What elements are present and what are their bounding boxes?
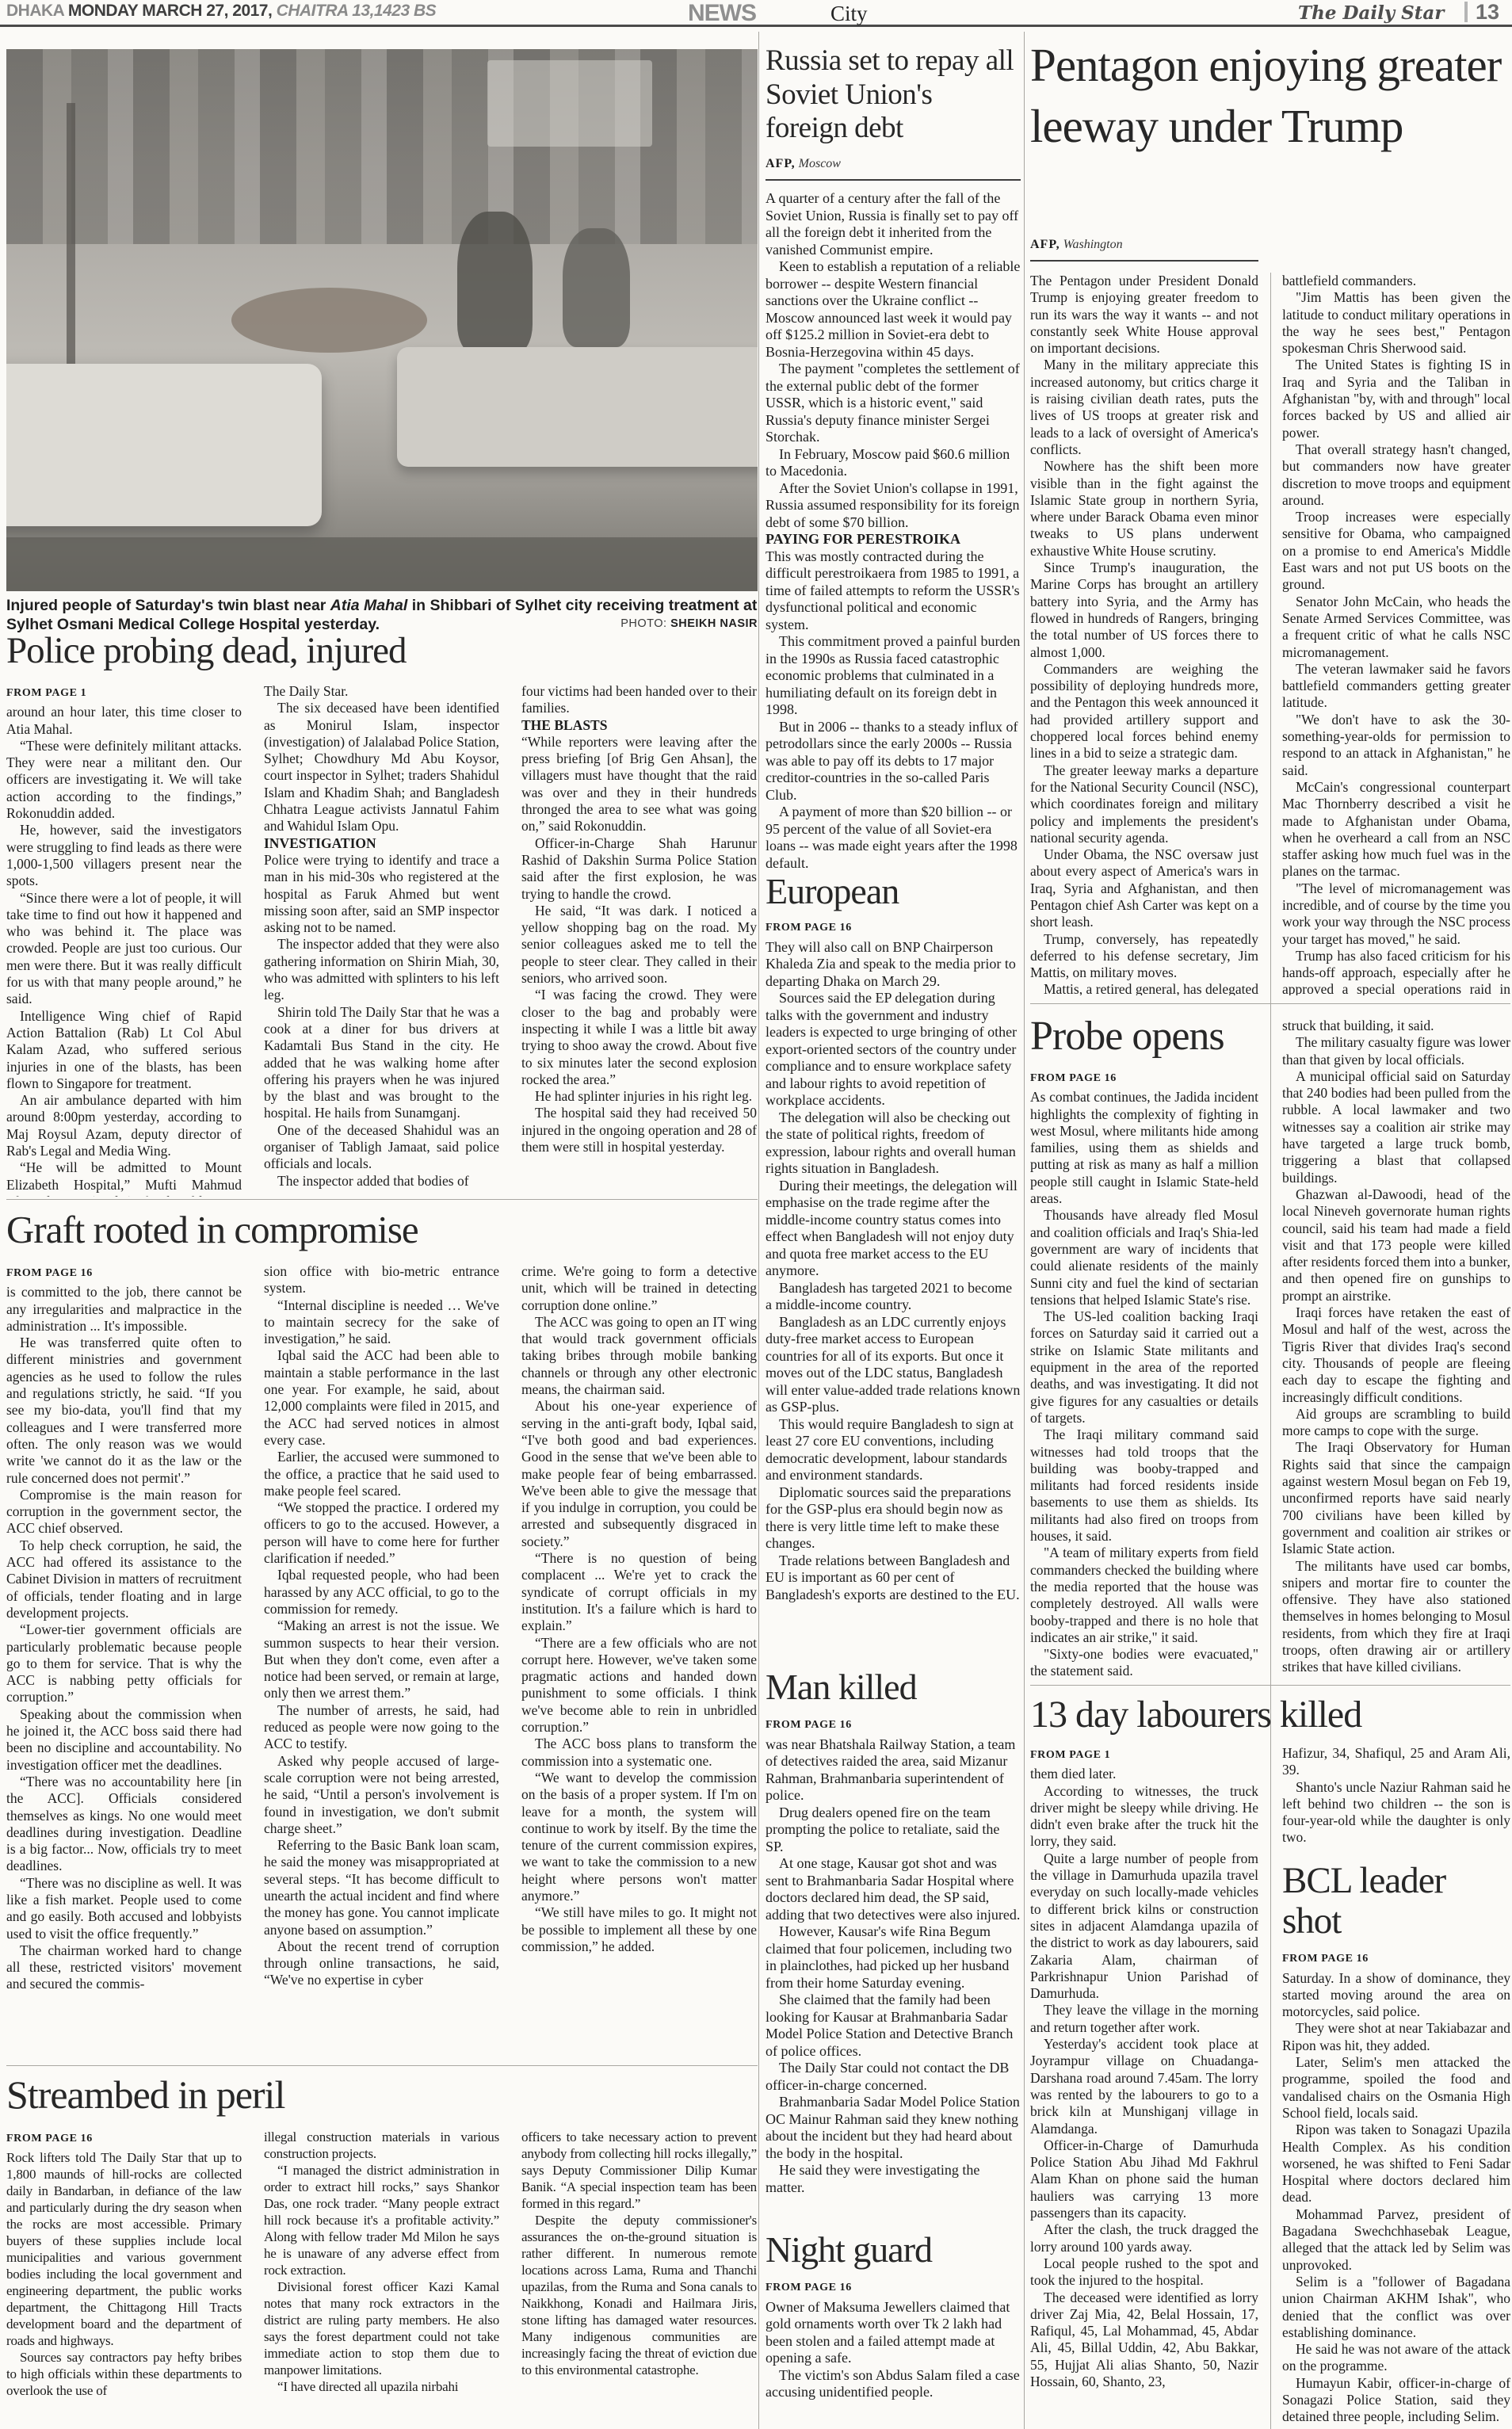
- pentagon-byline: AFP, Washington: [1030, 238, 1123, 252]
- graft-body: FROM PAGE 16is committed to the job, the…: [6, 1263, 758, 2056]
- photo-patient-shape: [231, 288, 426, 353]
- middle-column: Russia set to repay all Soviet Union's f…: [766, 0, 1021, 2429]
- streambed-col-1: FROM PAGE 16Rock lifters told The Daily …: [6, 2129, 242, 2429]
- photo-window-shape: [487, 60, 653, 147]
- probe-col-1: FROM PAGE 16As combat continues, the Jad…: [1030, 1068, 1258, 1679]
- edition-calendar: CHAITRA 13,1423 BS: [277, 2, 436, 20]
- caption-place-italic: Atia Mahal: [330, 597, 408, 614]
- russia-body: A quarter of a century after the fall of…: [766, 190, 1021, 870]
- pentagon-col-1: The Pentagon under President Donald Trum…: [1030, 273, 1258, 995]
- headline-pentagon: Pentagon enjoying greater leeway under T…: [1030, 35, 1510, 156]
- edition-city: DHAKA: [6, 2, 64, 20]
- photo-floor-shape: [6, 537, 758, 591]
- bcl-body: FROM PAGE 16Saturday. In a show of domin…: [1282, 1949, 1510, 2425]
- probe-col-2: struck that building, it said.The milita…: [1282, 1018, 1510, 1679]
- graft-col-2: sion office with bio-metric entrance sys…: [264, 1263, 499, 2056]
- column-rule-2: [1024, 32, 1025, 2429]
- thirteen-col-2-cont: Hafizur, 34, Shafiqul, 25 and Aram Ali, …: [1282, 1745, 1510, 1847]
- police-col-1: FROM PAGE 1around an hour later, this ti…: [6, 683, 242, 1197]
- photo-figure-shape: [563, 228, 630, 347]
- byline-place: Moscow: [796, 157, 841, 170]
- edition-line: DHAKA MONDAY MARCH 27, 2017, CHAITRA 13,…: [6, 2, 436, 21]
- streambed-col-2: illegal construction materials in variou…: [264, 2129, 499, 2429]
- section-label: NEWS: [688, 0, 756, 27]
- headline-probe: Probe opens: [1030, 1014, 1224, 1059]
- graft-col-3: crime. We're going to form a detective u…: [521, 1263, 757, 2056]
- police-body: FROM PAGE 1around an hour later, this ti…: [6, 683, 758, 1197]
- streambed-col-3: officers to take necessary action to pre…: [521, 2129, 757, 2429]
- photo-figure-shape: [457, 212, 533, 353]
- byline-place: Washington: [1060, 238, 1123, 251]
- russia-byline: AFP, Moscow: [766, 157, 841, 171]
- police-col-2: The Daily Star.The six deceased have bee…: [264, 683, 499, 1197]
- caption-text: Injured people of Saturday's twin blast …: [6, 597, 330, 614]
- right-block: Pentagon enjoying greater leeway under T…: [1030, 0, 1510, 2429]
- man-killed-body: FROM PAGE 16was near Bhatshala Railway S…: [766, 1715, 1021, 2230]
- photo-caption: Injured people of Saturday's twin blast …: [6, 596, 758, 634]
- byline-agency: AFP,: [1030, 238, 1060, 251]
- photo-credit-name: SHEIKH NASIR: [670, 617, 758, 630]
- headline-european: European: [766, 872, 899, 911]
- headline-streambed: Streambed in peril: [6, 2073, 284, 2116]
- thirteen-col-1: FROM PAGE 1them died later.According to …: [1030, 1745, 1258, 2429]
- night-guard-body: FROM PAGE 16Owner of Maksuma Jewellers c…: [766, 2278, 1021, 2425]
- graft-col-1: FROM PAGE 16is committed to the job, the…: [6, 1263, 242, 2056]
- thirteen-col-2: Hafizur, 34, Shafiqul, 25 and Aram Ali, …: [1282, 1745, 1510, 2429]
- headline-night-guard: Night guard: [766, 2230, 932, 2270]
- article-divider: [1030, 1685, 1510, 1686]
- news-photo: [6, 49, 758, 591]
- article-divider: [6, 1199, 758, 1200]
- streambed-body: FROM PAGE 16Rock lifters told The Daily …: [6, 2129, 758, 2429]
- article-divider: [1030, 1003, 1510, 1004]
- pentagon-col-2: battlefield commanders."Jim Mattis has b…: [1282, 273, 1510, 995]
- byline-rule: [1030, 260, 1258, 262]
- police-col-3: four victims had been handed over to the…: [521, 683, 757, 1197]
- headline-bcl: BCL leader shot: [1282, 1861, 1510, 1942]
- headline-police: Police probing dead, injured: [6, 631, 407, 671]
- newspaper-page: DHAKA MONDAY MARCH 27, 2017, CHAITRA 13,…: [0, 0, 1512, 2429]
- left-block: Injured people of Saturday's twin blast …: [6, 32, 758, 2429]
- headline-graft: Graft rooted in compromise: [6, 1209, 418, 1251]
- photo-bed-shape: [397, 347, 758, 466]
- column-rule-1: [758, 32, 759, 2429]
- headline-thirteen: 13 day labourers killed: [1030, 1694, 1361, 1736]
- byline-rule: [766, 179, 1021, 181]
- photo-credit: PHOTO: SHEIKH NASIR: [620, 614, 758, 633]
- article-divider: [6, 2065, 758, 2066]
- photo-bed-shape: [6, 364, 322, 526]
- edition-date: MONDAY MARCH 27, 2017,: [64, 2, 277, 20]
- byline-agency: AFP,: [766, 157, 796, 170]
- headline-man-killed: Man killed: [766, 1667, 917, 1707]
- headline-russia: Russia set to repay all Soviet Union's f…: [766, 44, 1021, 146]
- photo-credit-label: PHOTO:: [620, 617, 670, 630]
- european-body: FROM PAGE 16They will also call on BNP C…: [766, 918, 1021, 1666]
